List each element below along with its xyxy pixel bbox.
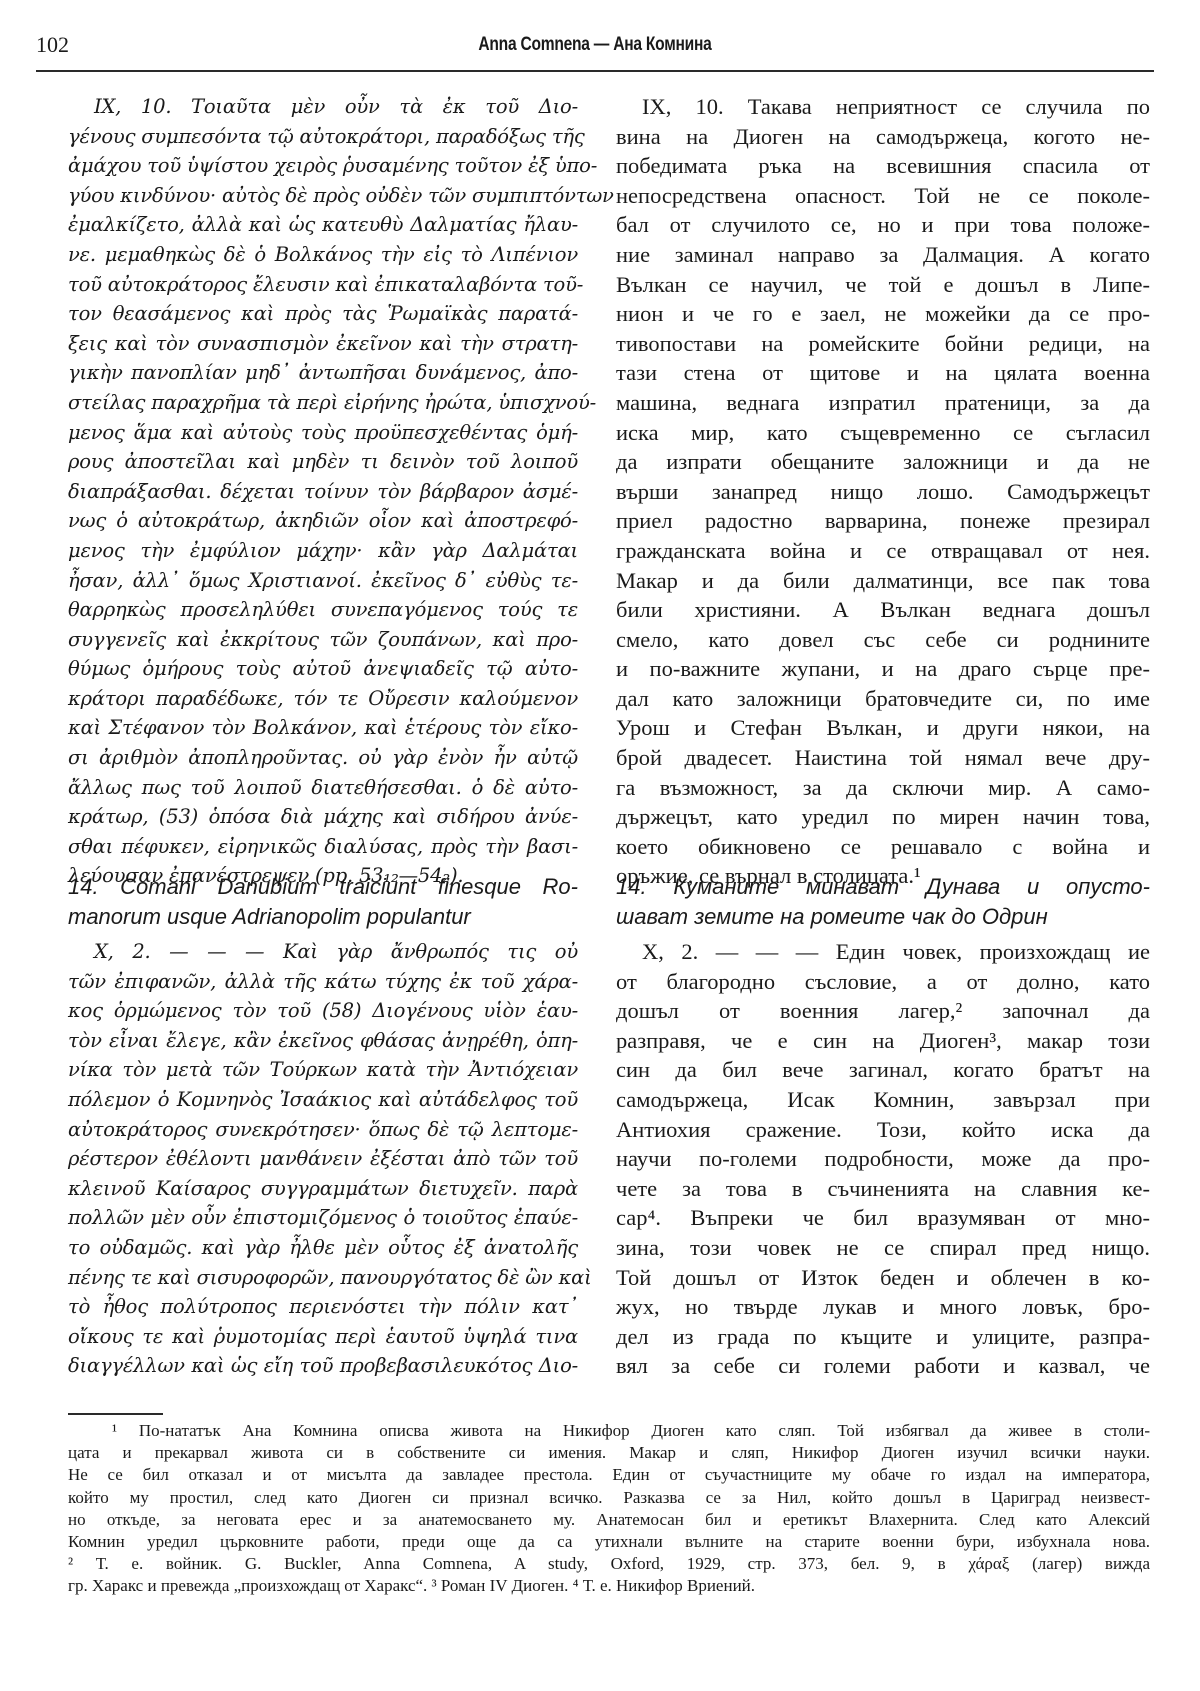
text-line: Той дошъл от Изток беден и облечен в ко- [616,1263,1150,1293]
footnote-line: Не се бил отказал и от мисълта да завлад… [68,1464,1150,1486]
heading-line: manorum usque Adrianopolim populantur [68,902,578,932]
text-line: Вълкан се научил, че той е дошъл в Липе- [616,270,1150,300]
text-line: θαρρηκὼς προσεληλύθει συνεπαγόμενος τούς… [68,595,578,625]
text-line: νως ὁ αὐτοκράτωρ, ἀκηδιῶν οἷον καὶ ἀποστ… [68,506,578,536]
section-heading-latin: 14. Comani Danubium traiciunt finesque R… [68,872,578,932]
text-line: да изпрати обещаните заложници и да не [616,447,1150,477]
text-line: κράτορι παραδέδωκε, τόν τε Οὔρεσιν καλού… [68,684,578,714]
text-line: ἄλλως πως τοῦ λοιποῦ διατεθήσεσθαι. ὁ δὲ… [68,773,578,803]
heading-line: 14. Comani Danubium traiciunt finesque R… [68,872,578,902]
text-line: καὶ Στέφανον τὸν Βολκάνον, καὶ ἑτέρους τ… [68,713,578,743]
footnote-rule [68,1413,163,1415]
text-line: смело, като довел със себе си роднините [616,625,1150,655]
text-line: ние заминал направо за Далмация. А когат… [616,240,1150,270]
text-line: πόλεμον ὁ Κομνηνὸς Ἰσαάκιος καὶ αὐτάδελφ… [68,1085,578,1115]
text-line: зина, този човек не се спирал пред нищо. [616,1233,1150,1263]
text-line: разправя, че е син на Диоген³, макар тоз… [616,1026,1150,1056]
text-line: γικὴν πανοπλίαν μηδ᾽ ἀντωπῆσαι δυνάμενος… [68,358,578,388]
text-line: θύμως ὁμήρους τοὺς αὐτοῦ ἀνεψιαδεῖς τῷ α… [68,654,578,684]
text-line: γύου κινδύνου· αὐτὸς δὲ πρὸς οὐδὲν τῶν σ… [68,181,578,211]
text-line: брой двадесет. Наистина той нямал вече д… [616,743,1150,773]
footnote-line: ² Т. е. войник. G. Buckler, Anna Comnena… [68,1553,1150,1575]
text-line: IX, 10. Τοιαῦτα μὲν οὖν τὰ ἐκ τοῦ Διο- [68,92,578,122]
text-line: Макар и да били далматинци, все пак това [616,566,1150,596]
text-line: ρους ἀποστεῖλαι καὶ μηδὲν τι δεινὸν τοῦ … [68,447,578,477]
text-line: непосредствена опасност. Той не се покол… [616,181,1150,211]
text-line: σι ἀριθμὸν ἀποπληροῦντας. οὐ γὰρ ἐνὸν ἦν… [68,743,578,773]
text-line: син да бил вече загинал, когато братът н… [616,1055,1150,1085]
text-line: били християни. А Вълкан веднага дошъл [616,595,1150,625]
text-line: X, 2. — — — Καὶ γὰρ ἄνθρωπός τις οὐ [68,937,578,967]
text-line: οἴκους τε καὶ ῥυμοτομίας περὶ ἑαυτοῦ ὑψη… [68,1322,578,1352]
text-line: κλεινοῦ Καίσαρος συγγραμμάτων διετυχεῖν.… [68,1174,578,1204]
section1-greek-text: IX, 10. Τοιαῦτα μὲν οὖν τὰ ἐκ τοῦ Διο- γ… [68,92,578,891]
running-title: Anna Comnena — Ана Комнина [137,34,1054,56]
text-line: дал като заложници братовчедите си, по и… [616,684,1150,714]
text-line: машина, веднага изпратил пратеници, за д… [616,388,1150,418]
text-line: Антиохия сражение. Този, който иска да [616,1115,1150,1145]
footnote-line: Комнин уредил църковните работи, преди о… [68,1531,1150,1553]
text-line: победимата ръка на всевишния спасила от [616,151,1150,181]
text-line: νίκα τὸν μετὰ τῶν Τούρκων κατὰ τὴν Ἀντιό… [68,1055,578,1085]
section-heading-bulgarian: 14. Куманите минават Дунава и опусто- ша… [616,872,1150,932]
text-line: σθαι πέφυκεν, εἰρηνικῶς διαλύσας, πρὸς τ… [68,832,578,862]
text-line: X, 2. — — — Един човек, произхождащ ие [616,937,1150,967]
text-line: самодържеца, Исак Комнин, завързал при [616,1085,1150,1115]
text-line: държецът, като уредил по мирен начин тов… [616,802,1150,832]
footnote-line: който му простил, след като Диоген си пр… [68,1487,1150,1509]
text-line: μενος ἅμα καὶ αὐτοὺς τοὺς προϋπεσχεθέντα… [68,418,578,448]
text-line: πένης τε καὶ σισυροφορῶν, πανουργότατος … [68,1263,578,1293]
footnotes: ¹ По-нататък Ана Комнина описва живота н… [68,1420,1150,1598]
text-line: ρέστερον ἐθέλοντι μανθάνειν ἐξέσται ἀπὸ … [68,1144,578,1174]
text-line: сар⁴. Въпреки че бил вразумяван от мно- [616,1203,1150,1233]
section1-bulgarian-text: IX, 10. Такава неприятност се случила по… [616,92,1150,891]
heading-line: шават земите на ромеите чак до Одрин [616,902,1150,932]
text-line: νε. μεμαθηκὼς δὲ ὁ Βολκάνος τὴν εἰς τὸ Λ… [68,240,578,270]
text-line: συγγενεῖς καὶ ἐκκρίτους τῶν ζουπάνων, κα… [68,625,578,655]
text-line: διαγγέλλων καὶ ὡς εἴη τοῦ προβεβασιλευκό… [68,1351,578,1381]
text-line: διαπράξασθαι. δέχεται τοίνυν τὸν βάρβαρο… [68,477,578,507]
text-line: στείλας παραχρῆμα τὰ περὶ εἰρήνης ἠρώτα,… [68,388,578,418]
text-line: дел из града по къщите и улиците, разпра… [616,1322,1150,1352]
text-line: τον θεασάμενος καὶ πρὸς τὰς Ῥωμαϊκὰς παρ… [68,299,578,329]
text-line: иска мир, като същевременно се съгласил [616,418,1150,448]
text-line: Урош и Стефан Вълкан, и други някои, на [616,713,1150,743]
header-rule [36,70,1154,72]
text-line: га възможност, за да сключи мир. А само- [616,773,1150,803]
text-line: ἦσαν, ἀλλ᾽ ὅμως Χριστιανοί. ἐκεῖνος δ᾽ ε… [68,566,578,596]
footnote-line: ¹ По-нататък Ана Комнина описва живота н… [68,1420,1150,1442]
text-line: ἐμαλκίζετο, ἀλλὰ καὶ ὡς κατευθὺ Δαλματία… [68,210,578,240]
text-line: и по-важните жупани, и на драго сърце пр… [616,654,1150,684]
text-line: тивопостави на ромейските бойни редици, … [616,329,1150,359]
text-line: κος ὁρμώμενος τὸν τοῦ (58) Διογένους υἱὸ… [68,996,578,1026]
text-line: бал от случилото се, но и при това полож… [616,210,1150,240]
text-line: τὸν εἶναι ἔλεγε, κἂν ἐκεῖνος φθάσας ἀνῃρ… [68,1026,578,1056]
text-line: чете за това в съчиненията на славния ке… [616,1174,1150,1204]
footnote-line: гр. Харакс и превежда „произхождащ от Ха… [68,1575,1150,1597]
page-header: 102 Anna Comnena — Ана Комнина [36,30,1154,70]
section2-greek-text: X, 2. — — — Καὶ γὰρ ἄνθρωπός τις οὐ τῶν … [68,937,578,1381]
text-line: вял за себе си големи работи и казвал, ч… [616,1351,1150,1381]
text-line: μενος τὴν ἐμφύλιον μάχην· κἂν γὰρ Δαλμάτ… [68,536,578,566]
text-line: тази стена от щитове и на цялата военна [616,358,1150,388]
text-line: τὸ ἦθος πολύτροπος περιενόστει τὴν πόλιν… [68,1292,578,1322]
text-line: IX, 10. Такава неприятност се случила по [616,92,1150,122]
text-line: вина на Диоген на самодържеца, когото не… [616,122,1150,152]
text-line: τοῦ αὐτοκράτορος ἔλευσιν καὶ ἐπικαταλαβό… [68,270,578,300]
text-line: научи по-големи подробности, може да про… [616,1144,1150,1174]
text-line: το οὐδαμῶς. καὶ γὰρ ἦλθε μὲν οὗτος ἐξ ἀν… [68,1233,578,1263]
text-line: жух, но твърде лукав и много ловък, бро- [616,1292,1150,1322]
text-line: което обикновено се решавало с война и [616,832,1150,862]
text-line: дошъл от военния лагер,² започнал да [616,996,1150,1026]
text-line: κράτωρ, (53) ὁπόσα διὰ μάχης καὶ σιδήρου… [68,802,578,832]
heading-line: 14. Куманите минават Дунава и опусто- [616,872,1150,902]
text-line: върши занапред нищо лошо. Самодържецът [616,477,1150,507]
text-line: приел радостно варварина, понеже презира… [616,506,1150,536]
footnote-line: но откъде, за неговата ерес и за анатемо… [68,1509,1150,1531]
text-line: ξεις καὶ τὸν συνασπισμὸν ἐκεῖνον καὶ τὴν… [68,329,578,359]
text-line: πολλῶν μὲν οὖν ἐπιστομιζόμενος ὁ τοιοῦτο… [68,1203,578,1233]
text-line: от благородно съсловие, а от долно, като [616,967,1150,997]
footnote-line: цата и прекарвал живота си в собствените… [68,1442,1150,1464]
text-line: τῶν ἐπιφανῶν, ἀλλὰ τῆς κάτω τύχης ἐκ τοῦ… [68,967,578,997]
text-line: гражданската война и се отвращавал от не… [616,536,1150,566]
text-line: нион и че го е заел, не можейки да се пр… [616,299,1150,329]
text-line: γένους συμπεσόντα τῷ αὐτοκράτορι, παραδό… [68,122,578,152]
page-number: 102 [36,32,69,58]
section2-bulgarian-text: X, 2. — — — Един човек, произхождащ ие о… [616,937,1150,1381]
text-line: αὐτοκράτορος συνεκρότησεν· ὅπως δὲ τῷ λε… [68,1115,578,1145]
text-line: ἀμάχου τοῦ ὑψίστου χειρὸς ῥυσαμένης τοῦτ… [68,151,578,181]
